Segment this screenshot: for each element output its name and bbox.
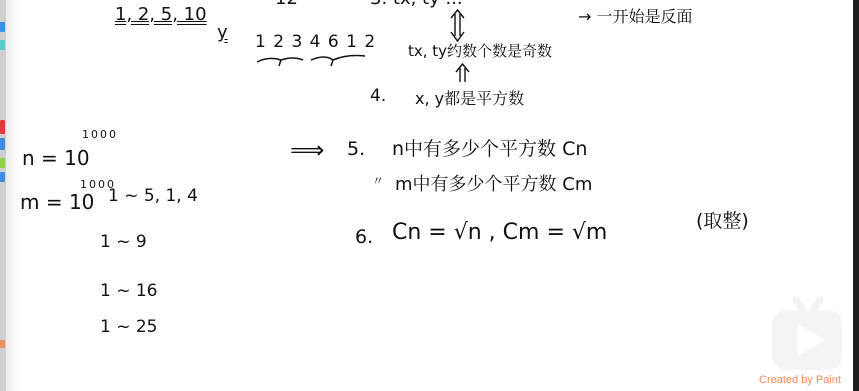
step-odd-divisors: tx, ty约数个数是奇数 <box>408 40 552 61</box>
toolbar-shadow <box>6 0 20 391</box>
step6-rounding-note: (取整) <box>696 206 749 233</box>
step6-number: 6. <box>355 226 373 248</box>
color-swatch-orange[interactable] <box>0 340 5 348</box>
implies-arrow: ⟹ <box>290 136 324 164</box>
watermark-text: Created by Paint <box>759 374 841 386</box>
color-swatch-red[interactable] <box>0 120 5 134</box>
drawing-canvas[interactable]: 12 3. tx, ty ... 1, 2, 5, 10 y 1 2 3 4 6… <box>20 0 853 391</box>
double-arrow-up-icon <box>454 62 472 84</box>
step4-number: 4. <box>370 86 386 106</box>
sequence-underlined: 1, 2, 5, 10 <box>115 4 207 25</box>
color-swatch-teal[interactable] <box>0 40 5 50</box>
partial-text-12: 12 <box>275 0 298 9</box>
color-swatch-blue-2[interactable] <box>0 138 5 150</box>
double-arrow-updown-icon <box>448 8 468 44</box>
range-1-to-16: 1 ~ 16 <box>100 281 158 301</box>
step5b-text: m中有多少个平方数 Cm <box>395 170 592 196</box>
step4-text: x, y都是平方数 <box>415 86 524 109</box>
ditto-mark: 〃 <box>372 172 384 189</box>
range-1-to-5: 1 ~ 5, 1, 4 <box>108 186 198 206</box>
sequence-y: y <box>217 22 228 43</box>
window-right-border <box>853 0 859 391</box>
note-initial-face-down: → 一开始是反面 <box>578 4 693 27</box>
n-exponent: 1000 <box>82 128 118 141</box>
step6-formula: Cn = √n , Cm = √m <box>392 220 607 245</box>
color-swatch-blue-3[interactable] <box>0 172 5 182</box>
step5-number: 5. <box>347 138 365 160</box>
n-definition: n = 10 <box>22 146 90 170</box>
grouping-brace-icon <box>255 52 375 70</box>
color-swatch-blue[interactable] <box>0 22 5 32</box>
range-1-to-25: 1 ~ 25 <box>100 317 158 337</box>
step5-text: n中有多少个平方数 Cn <box>392 134 587 161</box>
color-swatch-green[interactable] <box>0 158 5 168</box>
m-definition: m = 10 <box>20 190 94 214</box>
range-1-to-9: 1 ~ 9 <box>100 232 147 252</box>
paint-tv-logo-icon <box>770 296 844 371</box>
digits-row: 1 2 3 4 6 1 2 <box>255 32 376 52</box>
